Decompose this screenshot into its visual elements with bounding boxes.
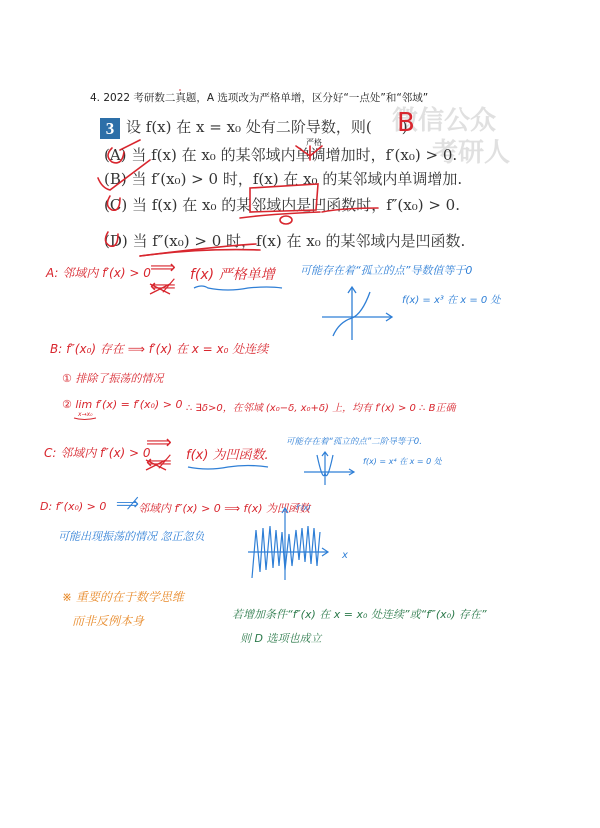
note-a-underline-icon bbox=[194, 286, 282, 290]
option-a-mark-icon bbox=[108, 148, 124, 163]
highlight-box-icon bbox=[250, 184, 318, 212]
quartic-graph-icon bbox=[304, 452, 354, 485]
option-b-check-icon bbox=[98, 160, 150, 190]
insert-caret-icon bbox=[296, 146, 322, 156]
option-d-mark-icon bbox=[105, 232, 118, 246]
ink-annotations bbox=[0, 0, 600, 828]
cubic-graph-icon bbox=[322, 287, 392, 340]
note-c-underline-icon bbox=[188, 466, 268, 470]
oscillation-graph-icon bbox=[248, 508, 328, 580]
option-c-mark-icon bbox=[107, 196, 120, 210]
